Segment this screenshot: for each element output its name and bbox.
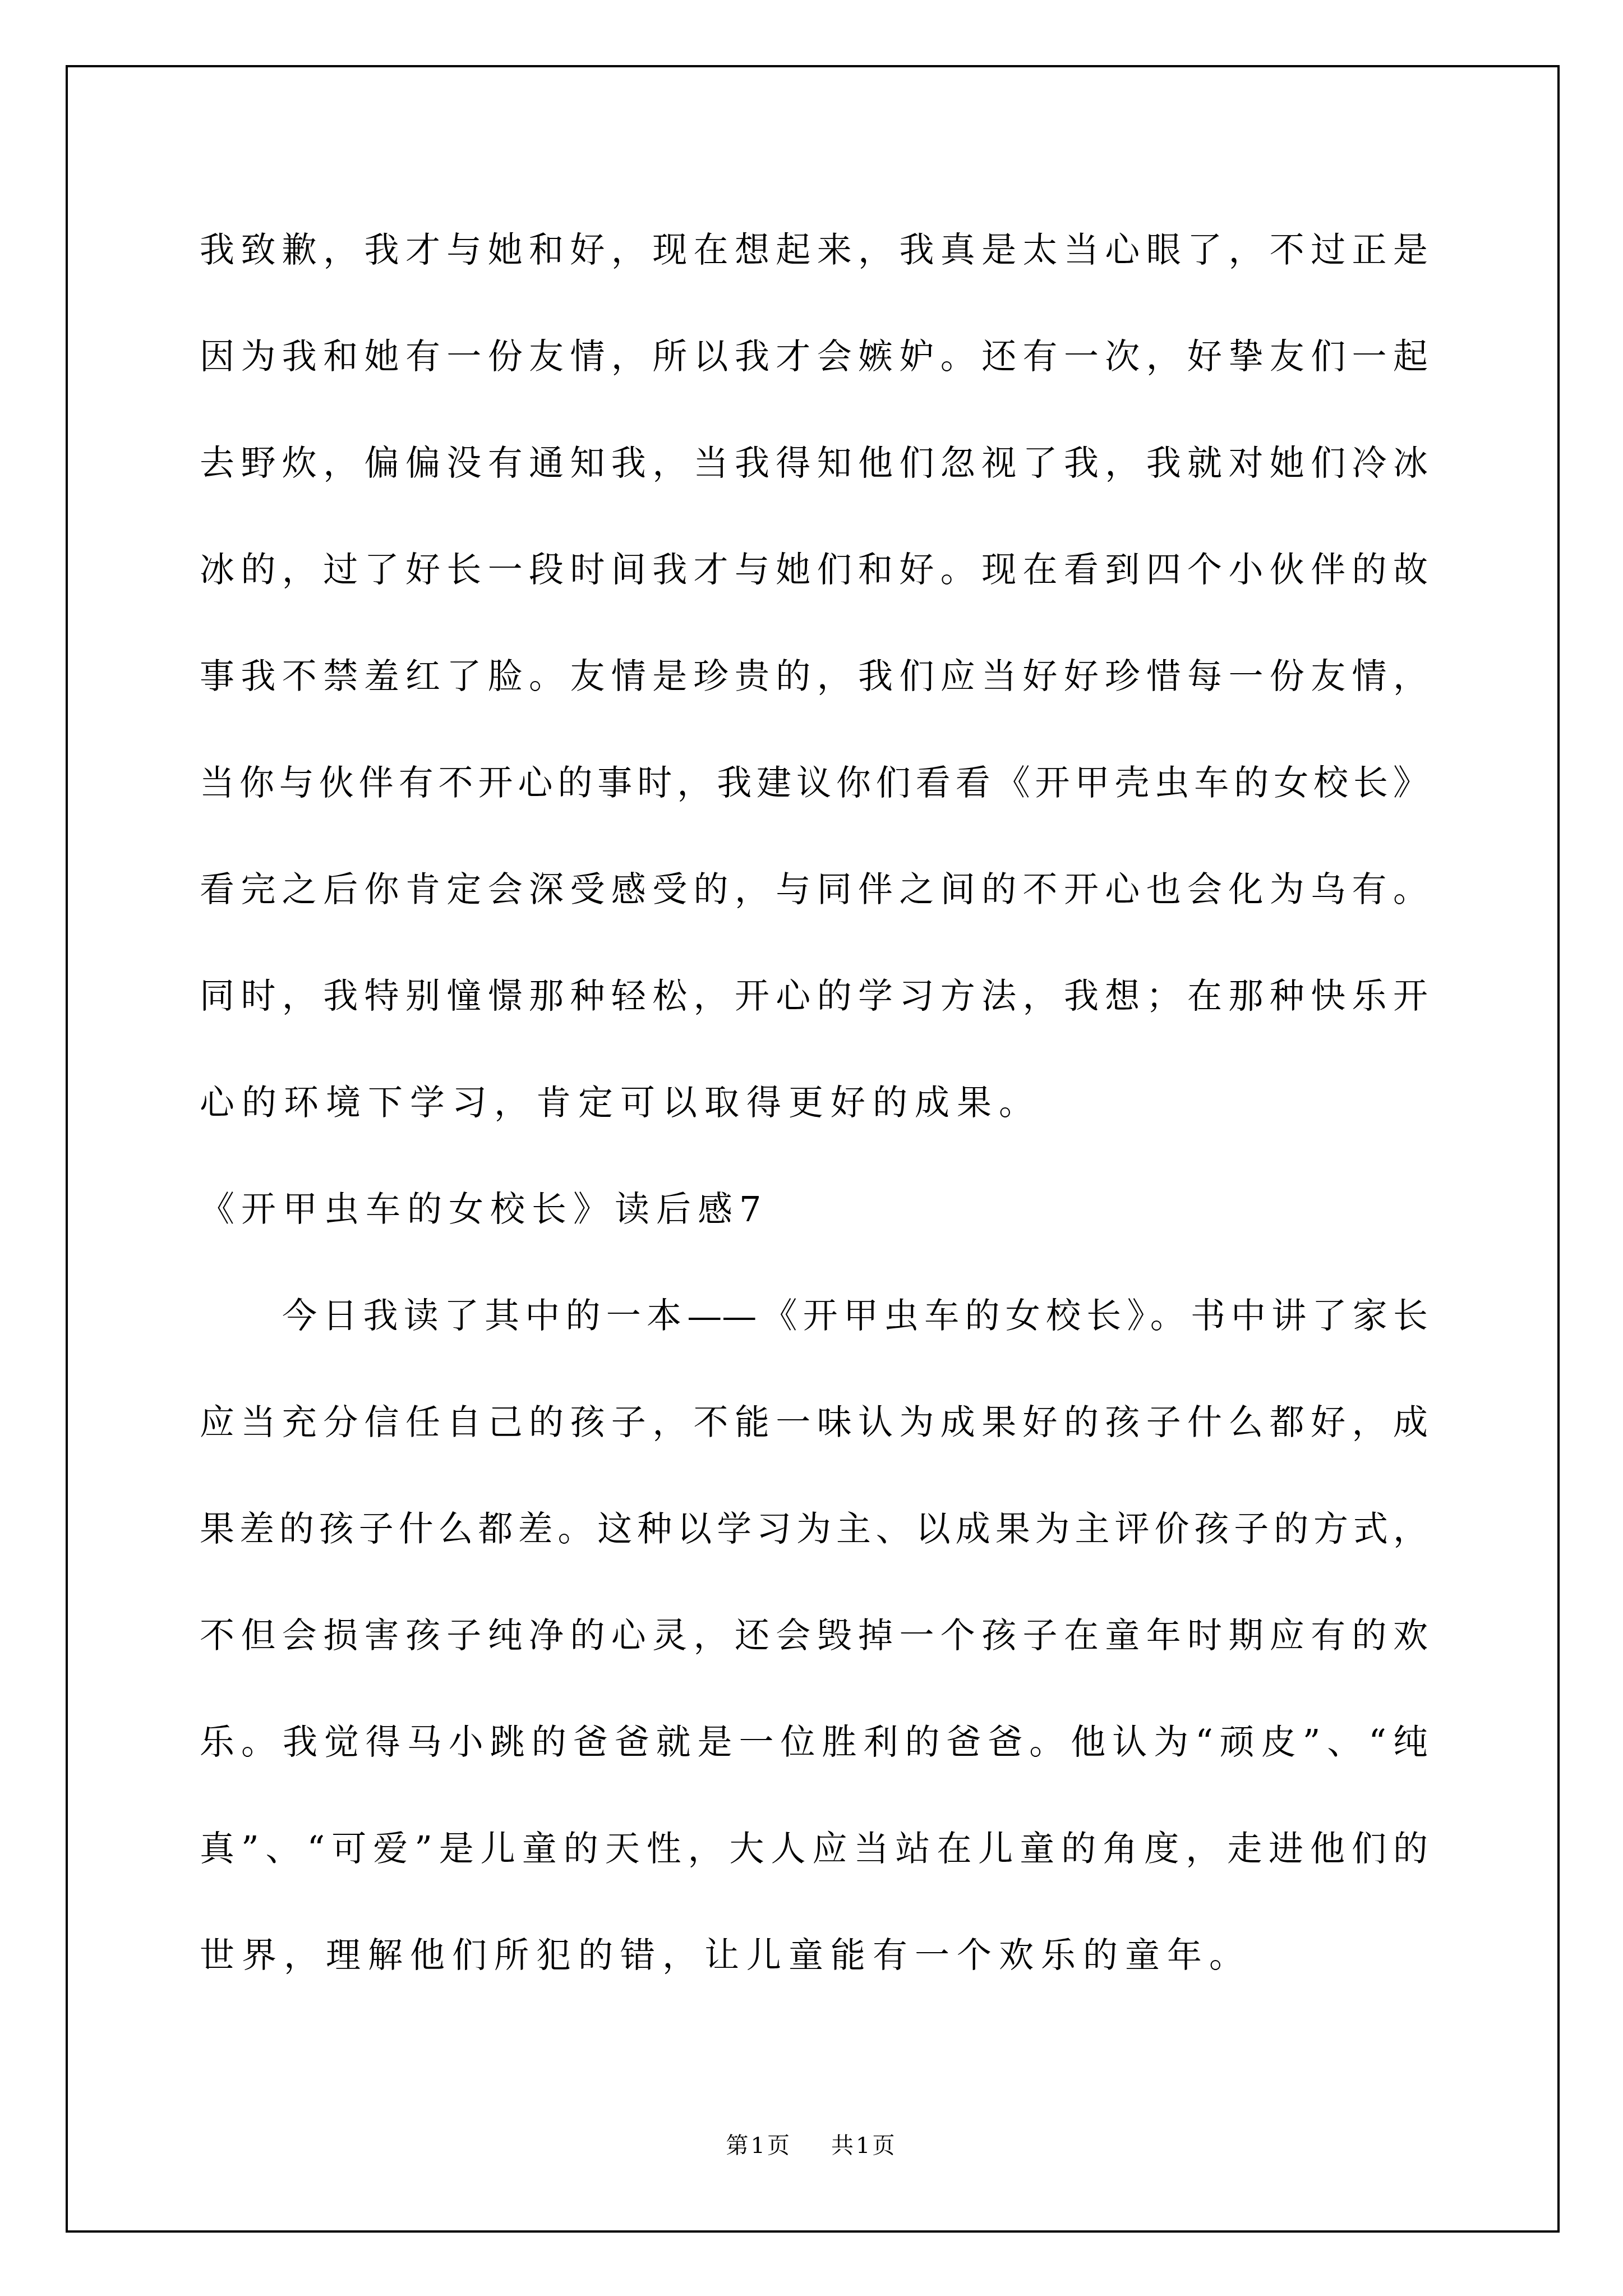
- current-page-label: 第1页: [726, 2133, 792, 2159]
- paragraph-line: 不但会损害孩子纯净的心灵，还会毁掉一个孩子在童年时期应有的欢: [200, 1582, 1428, 1689]
- section-2: 《开甲虫车的女校长》读后感7 今日我读了其中的一本——《开甲虫车的女校长》。书中…: [200, 1156, 1428, 2009]
- paragraph-line: 世界，理解他们所犯的错，让儿童能有一个欢乐的童年。: [200, 1902, 1428, 2009]
- paragraph-line: 同时，我特别憧憬那种轻松，开心的学习方法，我想；在那种快乐开: [200, 943, 1428, 1050]
- paragraph-line: 事我不禁羞红了脸。友情是珍贵的，我们应当好好珍惜每一份友情，: [200, 623, 1428, 730]
- paragraph-line: 当你与伙伴有不开心的事时，我建议你们看看《开甲壳虫车的女校长》: [200, 730, 1428, 836]
- section-1: 我致歉，我才与她和好，现在想起来，我真是太当心眼了，不过正是 因为我和她有一份友…: [200, 197, 1428, 1156]
- paragraph-line: 今日我读了其中的一本——《开甲虫车的女校长》。书中讲了家长: [200, 1263, 1428, 1369]
- paragraph-line: 冰的，过了好长一段时间我才与她们和好。现在看到四个小伙伴的故: [200, 517, 1428, 623]
- total-pages-label: 共1页: [831, 2133, 897, 2159]
- paragraph-line: 真”、“可爱”是儿童的天性，大人应当站在儿童的角度，走进他们的: [200, 1796, 1428, 1902]
- paragraph-line: 应当充分信任自己的孩子，不能一味认为成果好的孩子什么都好，成: [200, 1369, 1428, 1476]
- document-body: 我致歉，我才与她和好，现在想起来，我真是太当心眼了，不过正是 因为我和她有一份友…: [200, 197, 1428, 2009]
- paragraph-line: 我致歉，我才与她和好，现在想起来，我真是太当心眼了，不过正是: [200, 197, 1428, 303]
- paragraph-line: 果差的孩子什么都差。这种以学习为主、以成果为主评价孩子的方式，: [200, 1476, 1428, 1582]
- paragraph-line: 因为我和她有一份友情，所以我才会嫉妒。还有一次，好挚友们一起: [200, 303, 1428, 410]
- paragraph-line: 乐。我觉得马小跳的爸爸就是一位胜利的爸爸。他认为“顽皮”、“纯: [200, 1689, 1428, 1796]
- section-heading: 《开甲虫车的女校长》读后感7: [200, 1156, 1428, 1263]
- paragraph-line: 心的环境下学习，肯定可以取得更好的成果。: [200, 1050, 1428, 1156]
- paragraph-line: 去野炊，偏偏没有通知我，当我得知他们忽视了我，我就对她们冷冰: [200, 410, 1428, 517]
- paragraph-line: 看完之后你肯定会深受感受的，与同伴之间的不开心也会化为乌有。: [200, 836, 1428, 943]
- page-footer: 第1页共1页: [0, 2126, 1623, 2165]
